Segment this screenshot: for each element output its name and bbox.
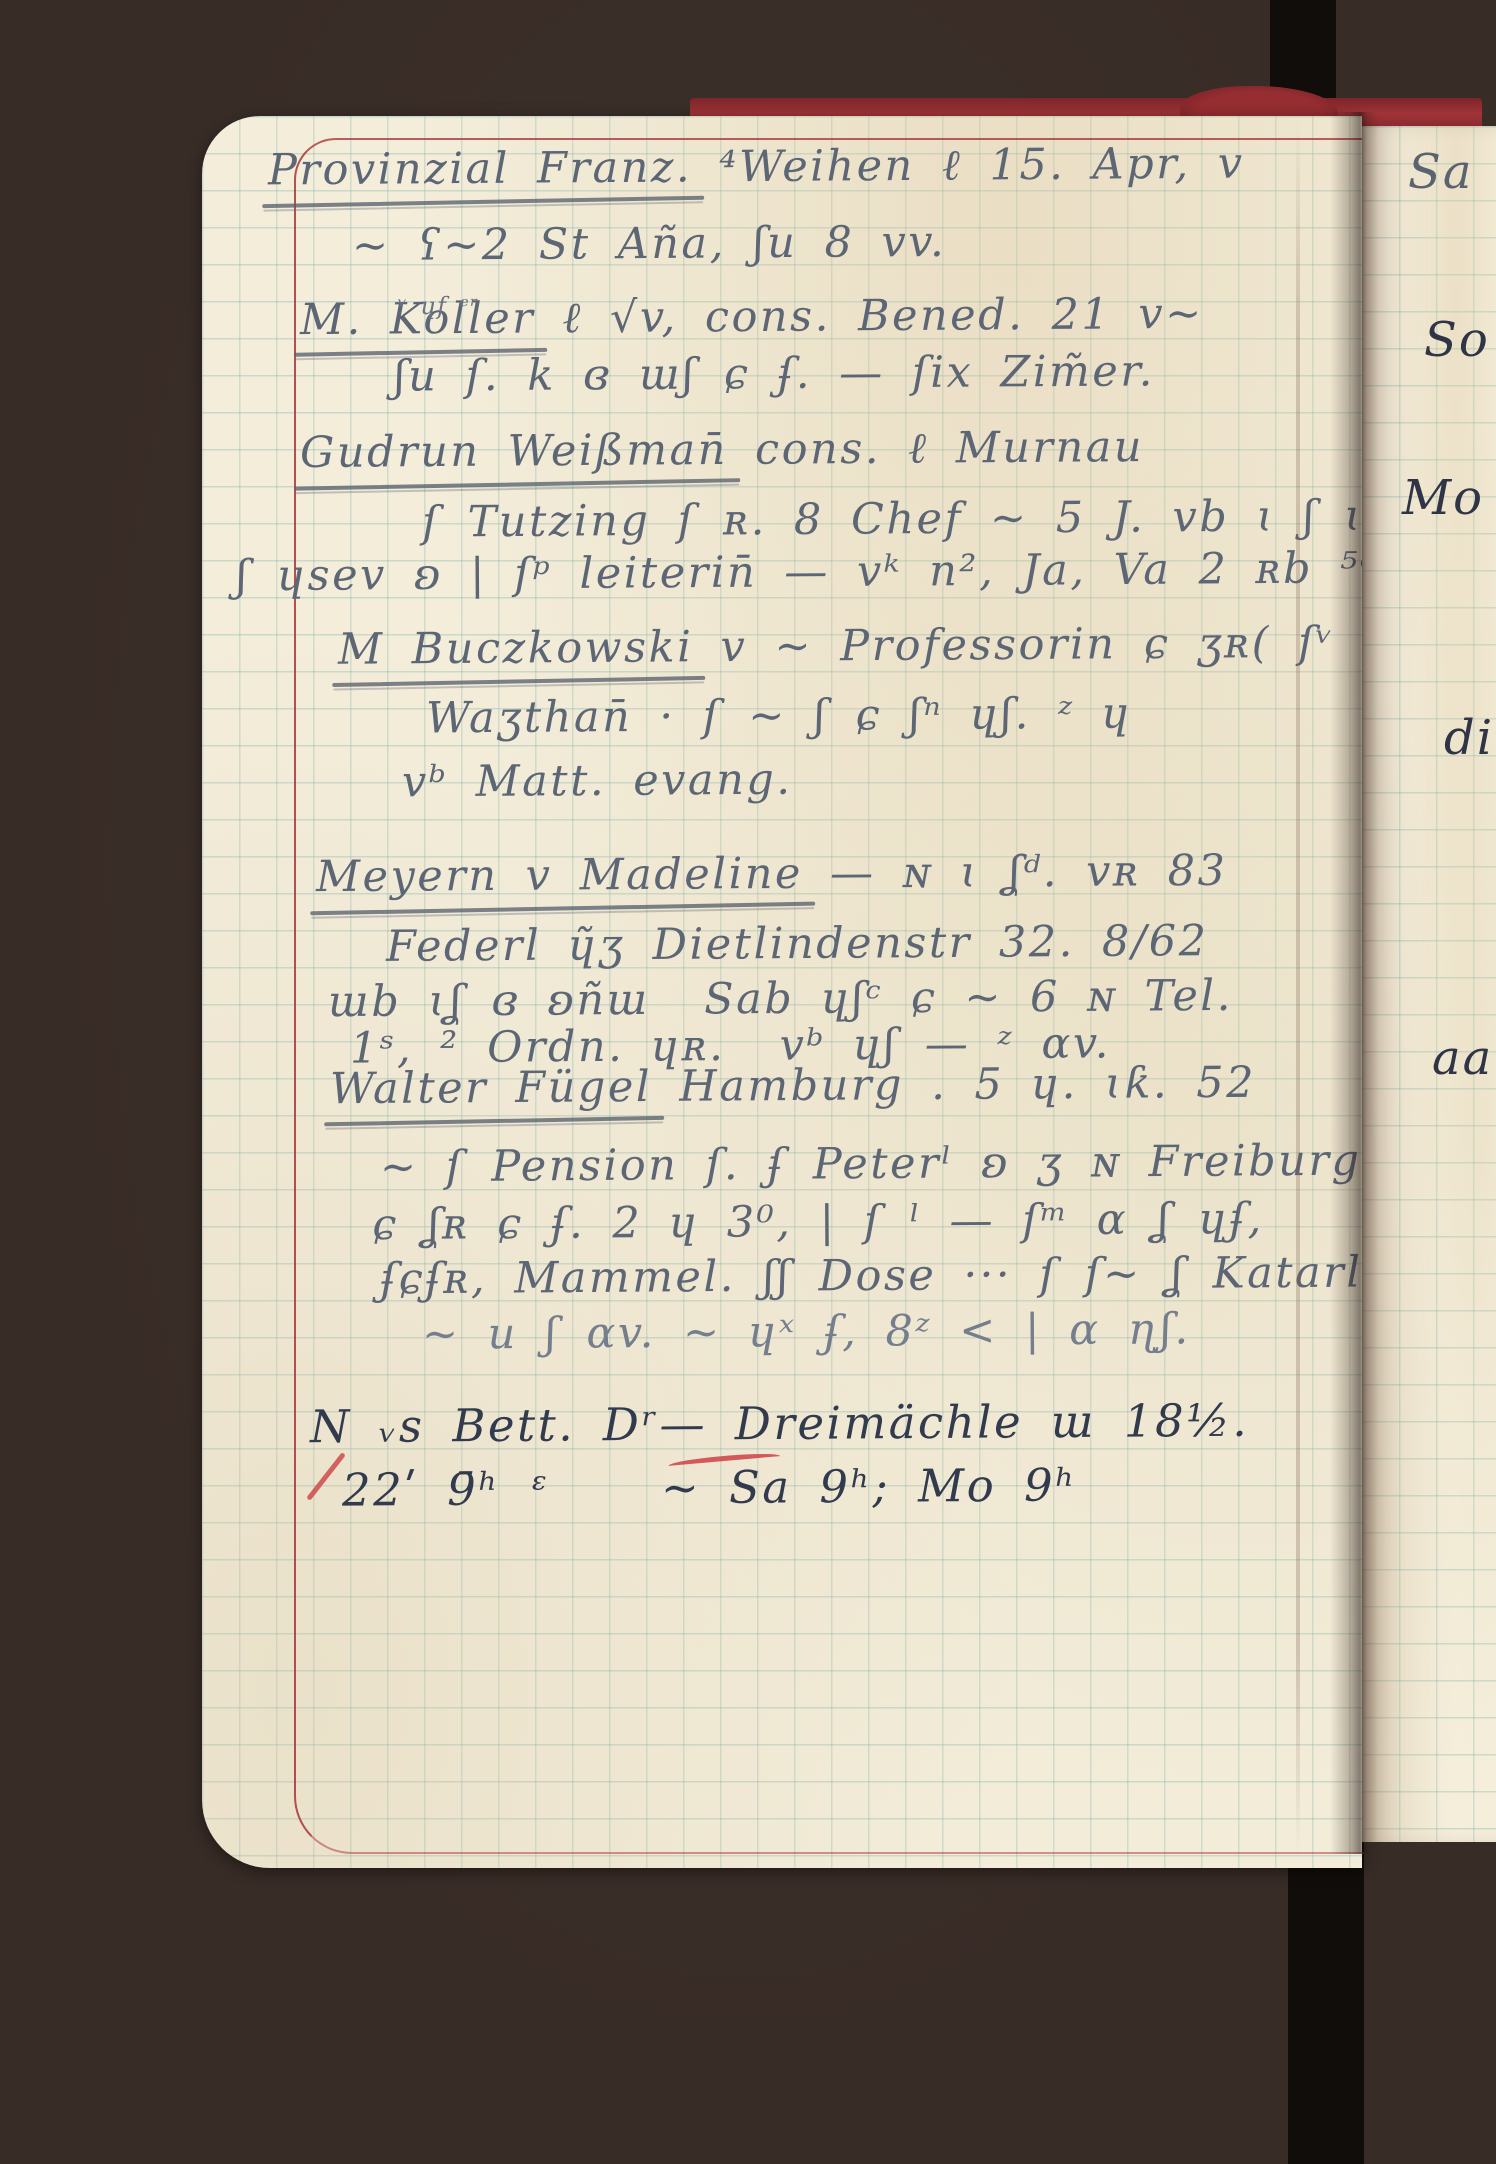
handwriting-line: Walter Fügel Hamburg . 5 ɥ. ɩƙ. 52 [330, 1058, 1256, 1114]
handwriting-text: v ~ Professorin ɕ ʒʀ( ſᵛ — [693, 617, 1408, 672]
handwriting-line: N ᵥs Bett. Dʳ— Dreimächle ɯ 18½. [310, 1394, 1249, 1454]
notebook-page-left: Provinzial Franz. ⁴Weihen ℓ 15. Apr, v ~… [202, 116, 1362, 1868]
weekday-label: aa [1432, 1030, 1493, 1086]
handwriting-line: ʃ ɥsev ʚ | ſᵖ leiterin̄ — vᵏ n², Ja, Va … [236, 543, 1452, 601]
handwriting-text: N ᵥs Bett. Dʳ— Dreimächle ɯ 18½. [310, 1394, 1249, 1454]
handwriting-line: ſ Tutzing ſ ʀ. 8 Chef ~ 5 J. vb ɩ ʃ ɩ ʄ … [422, 490, 1456, 547]
weekday-label: Mo [1402, 470, 1484, 526]
handwriting-line: Federl ɥ̃ʒ Dietlindenstr 32. 8/62 [386, 916, 1209, 972]
handwriting-text: ℓ √v, cons. Bened. 21 v~ [535, 289, 1204, 344]
handwriting-line: Waʒthan̄ · ſ ~ ʃ ɕ ʃⁿ ɥʃ. ᶻ ɥ [426, 689, 1132, 744]
handwriting-text: ᵛ ɥf ᵉʳ [398, 292, 479, 321]
handwriting-line: ~ ʕ~2 St Aña, ʃu 8 vv. [352, 217, 946, 271]
entry-heading: M Buczkowski [338, 622, 694, 674]
handwriting-text: ~ ſ Pension ſ. ʄ Peterˡ ʚ ʒ ɴ Freiburg. [380, 1136, 1378, 1193]
red-tick-mark [306, 1452, 346, 1501]
handwriting-text: Waʒthan̄ · ſ ~ ʃ ɕ ʃⁿ ɥʃ. ᶻ ɥ [426, 689, 1132, 744]
handwriting-line: Provinzial Franz. ⁴Weihen ℓ 15. Apr, v [268, 139, 1245, 196]
entry-heading: Gudrun Weißman̄ [300, 425, 728, 478]
handwriting-line: ɕ ʆʀ ɕ ʄ. 2 ɥ 3⁰, | ſ ˡ — ſᵐ ɑ ʆ ɥʄ, [372, 1194, 1264, 1250]
handwriting-text: Hamburg . 5 ɥ. ɩƙ. 52 [652, 1058, 1256, 1112]
entry-heading: Walter Fügel [330, 1062, 652, 1114]
handwriting-line: ~ u ʃ ɑv. ~ ɥˣ ʄ, 8ᶻ < | ɑ ɳʃ. [422, 1304, 1191, 1359]
binding-gap-bottom [1288, 1834, 1364, 2164]
page-fold-shadow [1330, 112, 1378, 1854]
handwriting-text: ʃu ſ. k ɞ ɯʃ ɕ ʄ. — ſix Zim̃er. [394, 346, 1155, 401]
handwriting-text: ʃ ɥsev ʚ | ſᵖ leiterin̄ — vᵏ n², Ja, Va … [236, 543, 1452, 601]
weekday-label: So [1424, 312, 1490, 368]
handwriting-line: M Buczkowski v ~ Professorin ɕ ʒʀ( ſᵛ — [338, 617, 1408, 674]
entry-heading: Provinzial Franz. [268, 142, 692, 195]
handwriting-text: vᵇ Matt. evang. [402, 755, 793, 808]
handwriting-text: — ɴ ɩ ʆᵈ. vʀ 83 [803, 846, 1228, 899]
handwriting-text: ʄɕʄʀ, Mammel. ʃʃ Dose ··· ſ ſ~ ʆ Katarl [380, 1248, 1363, 1305]
handwriting-line: Meyern v Madeline — ɴ ɩ ʆᵈ. vʀ 83 [316, 846, 1228, 902]
handwriting-text: cons. ℓ Murnau [728, 422, 1144, 475]
handwriting-line: Gudrun Weißman̄ cons. ℓ Murnau [300, 422, 1144, 478]
notebook-page-right: Sa So Mo di aa [1362, 126, 1496, 1842]
handwriting-line: ʄɕʄʀ, Mammel. ʃʃ Dose ··· ſ ſ~ ʆ Katarl [380, 1248, 1363, 1305]
weekday-label: Sa [1408, 144, 1474, 200]
handwriting-line: ʃu ſ. k ɞ ɯʃ ɕ ʄ. — ſix Zim̃er. [394, 346, 1155, 401]
handwriting-line: ~ ſ Pension ſ. ʄ Peterˡ ʚ ʒ ɴ Freiburg. [380, 1136, 1378, 1193]
handwriting-text: Federl ɥ̃ʒ Dietlindenstr 32. 8/62 [386, 916, 1209, 972]
weekday-label: di [1444, 710, 1494, 766]
handwriting-text: ~ u ʃ ɑv. ~ ɥˣ ʄ, 8ᶻ < | ɑ ɳʃ. [422, 1304, 1191, 1359]
handwriting-line: 22ʹ 9̄ʰ ᵋ ~ Sa 9ʰ; Mo 9ʰ [342, 1458, 1077, 1516]
handwriting-text: ~ ʕ~2 St Aña, ʃu 8 vv. [352, 217, 946, 271]
handwriting-text: ⁴Weihen ℓ 15. Apr, v [692, 139, 1245, 193]
handwriting-insertion: ᵛ ɥf ᵉʳ [398, 292, 479, 321]
entry-heading: Meyern v Madeline [316, 849, 803, 902]
handwriting-line: vᵇ Matt. evang. [402, 755, 793, 808]
handwriting-text: ɕ ʆʀ ɕ ʄ. 2 ɥ 3⁰, | ſ ˡ — ſᵐ ɑ ʆ ɥʄ, [372, 1194, 1264, 1250]
handwriting-text: ſ Tutzing ſ ʀ. 8 Chef ~ 5 J. vb ɩ ʃ ɩ ʄ … [422, 490, 1456, 547]
handwriting-text: 22ʹ 9̄ʰ ᵋ ~ Sa 9ʰ; Mo 9ʰ [342, 1458, 1077, 1516]
page-crease [1296, 120, 1300, 1858]
